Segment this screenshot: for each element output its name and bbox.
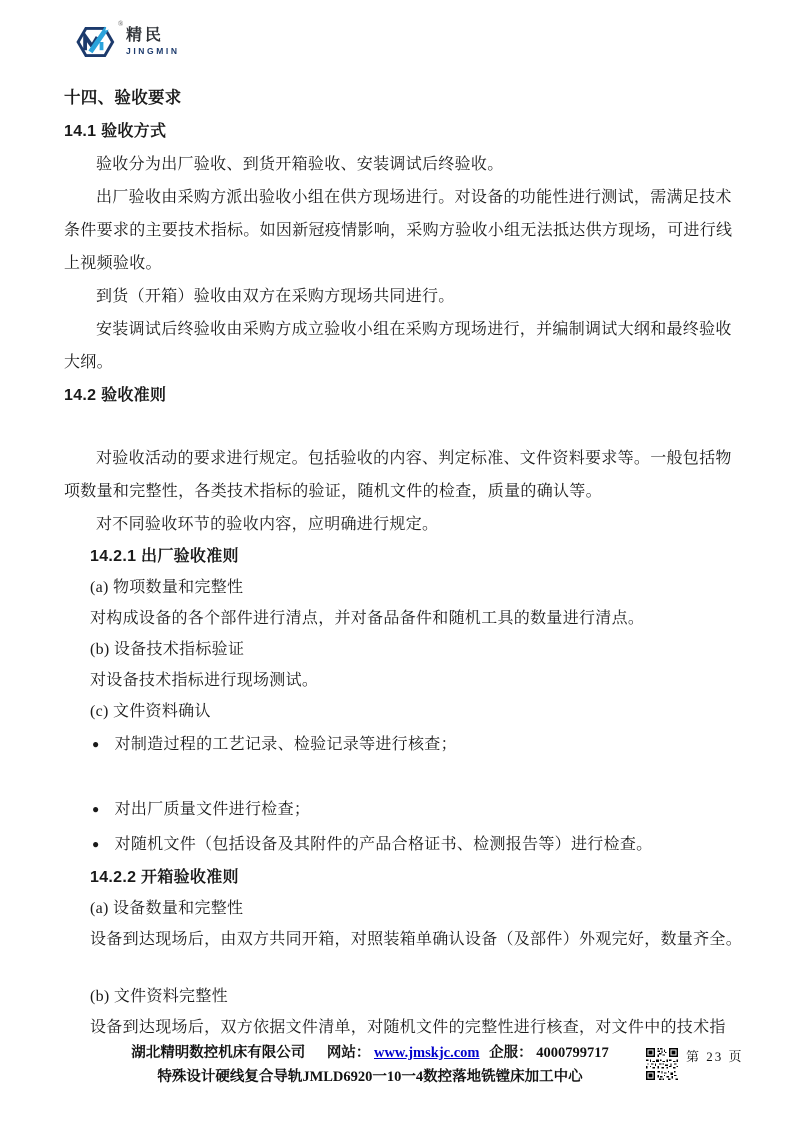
paragraph-line: (a) 物项数量和完整性 — [64, 572, 754, 603]
paragraph-line: 出厂验收由采购方派出验收小组在供方现场进行。对设备的功能性进行测试，需满足技术 — [64, 181, 754, 214]
footer-product-line: 特殊设计硬线复合导轨JMLD6920一10一4数控落地铣镗床加工中心 — [40, 1065, 700, 1089]
company-logo: ® 精民 JINGMIN — [74, 20, 180, 64]
document-page: ® 精民 JINGMIN 十四、验收要求14.1 验收方式验收分为出厂验收、到货… — [0, 0, 800, 1133]
bullet-item: ●对随机文件（包括设备及其附件的产品合格证书、检测报告等）进行检查。 — [64, 827, 754, 862]
paragraph-line: 大纲。 — [64, 346, 754, 379]
paragraph-line: (b) 文件资料完整性 — [64, 981, 754, 1012]
qr-code-icon — [646, 1048, 678, 1080]
paragraph-line: 项数量和完整性，各类技术指标的验证，随机文件的检查，质量的确认等。 — [64, 475, 754, 508]
paragraph-line: (b) 设备技术指标验证 — [64, 634, 754, 665]
bullet-icon: ● — [92, 802, 100, 816]
bullet-text: 对出厂质量文件进行检查； — [115, 801, 311, 818]
footer-company: 湖北精明数控机床有限公司 — [131, 1045, 305, 1061]
section-heading: 14.2.2 开箱验收准则 — [64, 862, 754, 893]
logo-text: 精民 JINGMIN — [126, 28, 180, 56]
section-heading: 十四、验收要求 — [64, 82, 754, 115]
section-heading: 14.1 验收方式 — [64, 115, 754, 148]
section-heading: 14.2.1 出厂验收准则 — [64, 541, 754, 572]
brand-name-chinese: 精民 — [126, 28, 180, 44]
registered-trademark-icon: ® — [118, 20, 123, 28]
footer-website-link[interactable]: www.jmskjc.com — [374, 1045, 480, 1061]
document-body: 十四、验收要求14.1 验收方式验收分为出厂验收、到货开箱验收、安装调试后终验收… — [64, 82, 754, 1043]
bullet-text: 对制造过程的工艺记录、检验记录等进行核查； — [115, 736, 457, 753]
paragraph-line: 对构成设备的各个部件进行清点，并对备品备件和随机工具的数量进行清点。 — [64, 603, 754, 634]
paragraph-line: 对不同验收环节的验收内容，应明确进行规定。 — [64, 508, 754, 541]
paragraph-line: 条件要求的主要技术指标。如因新冠疫情影响，采购方验收小组无法抵达供方现场，可进行… — [64, 214, 754, 247]
page-number: 第 23 页 — [686, 1046, 744, 1065]
footer-company-line: 湖北精明数控机床有限公司 网站： www.jmskjc.com 企服： 4000… — [40, 1041, 700, 1065]
paragraph-line: 上视频验收。 — [64, 247, 754, 280]
footer-website-label: 网站： — [327, 1045, 371, 1061]
paragraph-line: 到货（开箱）验收由双方在采购方现场共同进行。 — [64, 280, 754, 313]
paragraph-line: (c) 文件资料确认 — [64, 696, 754, 727]
footer-service-label: 企服： — [489, 1045, 533, 1061]
bullet-item: ●对出厂质量文件进行检查； — [64, 792, 754, 827]
paragraph-line: 验收分为出厂验收、到货开箱验收、安装调试后终验收。 — [64, 148, 754, 181]
page-footer: 湖北精明数控机床有限公司 网站： www.jmskjc.com 企服： 4000… — [40, 1041, 700, 1089]
paragraph-line: 设备到达现场后，由双方共同开箱，对照装箱单确认设备（及部件）外观完好，数量齐全。 — [64, 924, 754, 955]
brand-name-english: JINGMIN — [126, 47, 180, 56]
footer-service-phone: 4000799717 — [536, 1045, 609, 1061]
paragraph-line: (a) 设备数量和完整性 — [64, 893, 754, 924]
bullet-item: ●对制造过程的工艺记录、检验记录等进行核查； — [64, 727, 754, 762]
bullet-icon: ● — [92, 737, 100, 751]
bullet-icon: ● — [92, 837, 100, 851]
bullet-text: 对随机文件（包括设备及其附件的产品合格证书、检测报告等）进行检查。 — [115, 836, 653, 853]
paragraph-line: 对验收活动的要求进行规定。包括验收的内容、判定标准、文件资料要求等。一般包括物 — [64, 442, 754, 475]
paragraph-line: 设备到达现场后，双方依据文件清单，对随机文件的完整性进行核查，对文件中的技术指 — [64, 1012, 754, 1043]
paragraph-line: 对设备技术指标进行现场测试。 — [64, 665, 754, 696]
logo-hexagon-m-icon — [74, 20, 120, 64]
section-heading: 14.2 验收准则 — [64, 379, 754, 412]
paragraph-line: 安装调试后终验收由采购方成立验收小组在采购方现场进行，并编制调试大纲和最终验收 — [64, 313, 754, 346]
